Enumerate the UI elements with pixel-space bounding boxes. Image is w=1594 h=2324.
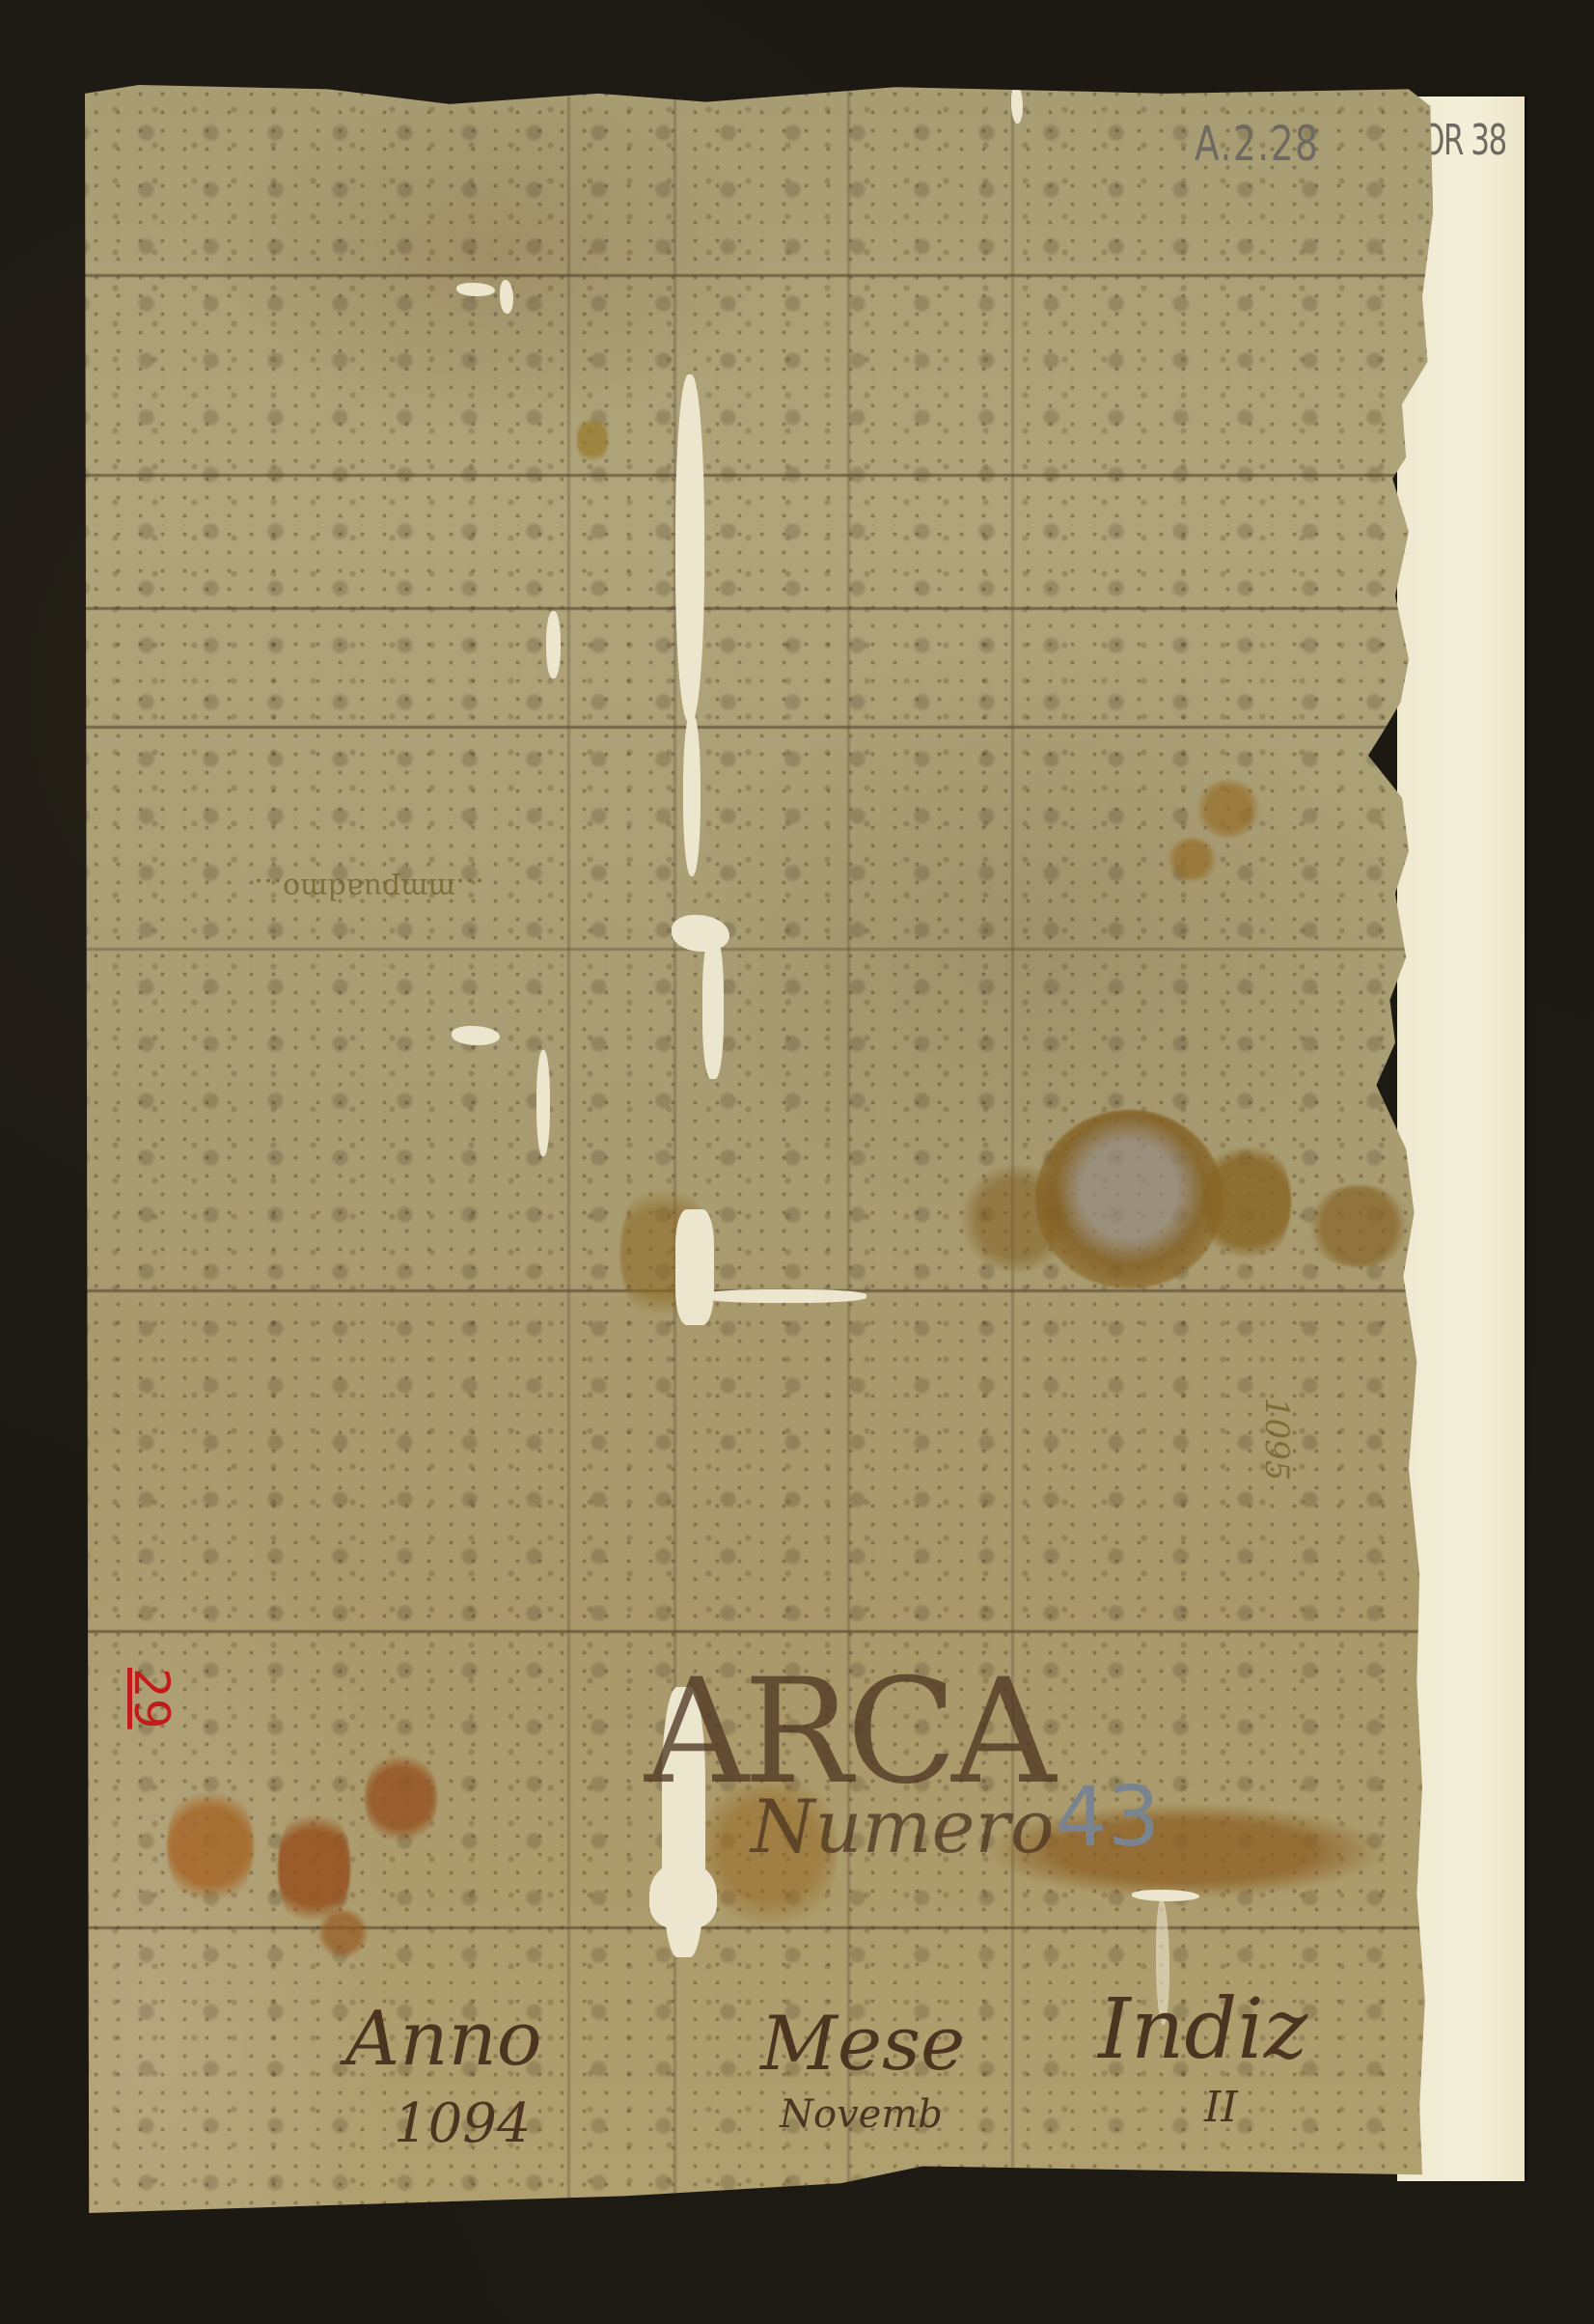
- anno-value: 1094: [394, 2092, 532, 2155]
- margin-number: 1095: [1257, 1397, 1296, 1481]
- rust-stain: [365, 1750, 437, 1846]
- water-stain: [1204, 1137, 1291, 1267]
- parchment-loss: [536, 1050, 550, 1156]
- water-stain: [958, 1166, 1074, 1272]
- rust-stain: [167, 1784, 254, 1909]
- rust-stain: [316, 1909, 370, 1957]
- upside-down-endorsement: …mmpuadmo…: [254, 871, 484, 905]
- fold-line: [85, 607, 1436, 610]
- small-stain: [1195, 780, 1262, 838]
- parchment-sheet: A.2.28 …mmpuadmo… 1095 29 ARCA Numero 43…: [85, 85, 1436, 2213]
- fold-line-vertical: [567, 85, 570, 2213]
- parchment-loss: [702, 934, 724, 1079]
- shelfmark-top: A.2.28: [1195, 116, 1319, 172]
- anno-label: Anno: [345, 1996, 542, 2083]
- parchment-loss: [675, 374, 704, 722]
- red-number: 29: [124, 1668, 179, 1729]
- mese-value: Novemb: [780, 2092, 943, 2137]
- parchment-loss: [546, 611, 561, 678]
- parchment-loss: [452, 1026, 500, 1045]
- water-stain: [1305, 1185, 1412, 1267]
- parchment-loss: [649, 1861, 717, 1928]
- parchment-loss: [675, 1209, 714, 1325]
- numero-label: Numero: [751, 1784, 1055, 1869]
- fold-line: [85, 474, 1436, 477]
- parchment-loss: [1132, 1890, 1199, 1901]
- parchment-loss: [702, 1289, 866, 1303]
- fold-line-vertical: [847, 85, 850, 2213]
- numero-value: 43: [1055, 1769, 1160, 1866]
- fold-line: [85, 1630, 1436, 1633]
- parchment-loss: [683, 712, 701, 876]
- fold-line: [85, 274, 1436, 277]
- fold-line-vertical: [1011, 85, 1014, 2213]
- indiz-label: Indiz: [1098, 1981, 1307, 2078]
- fold-line: [85, 726, 1436, 729]
- small-stain: [577, 413, 608, 466]
- indiz-value: II: [1204, 2083, 1238, 2132]
- parchment-loss: [456, 283, 495, 296]
- mese-label: Mese: [760, 2001, 965, 2088]
- small-stain: [1166, 838, 1219, 881]
- fold-line: [85, 948, 1436, 951]
